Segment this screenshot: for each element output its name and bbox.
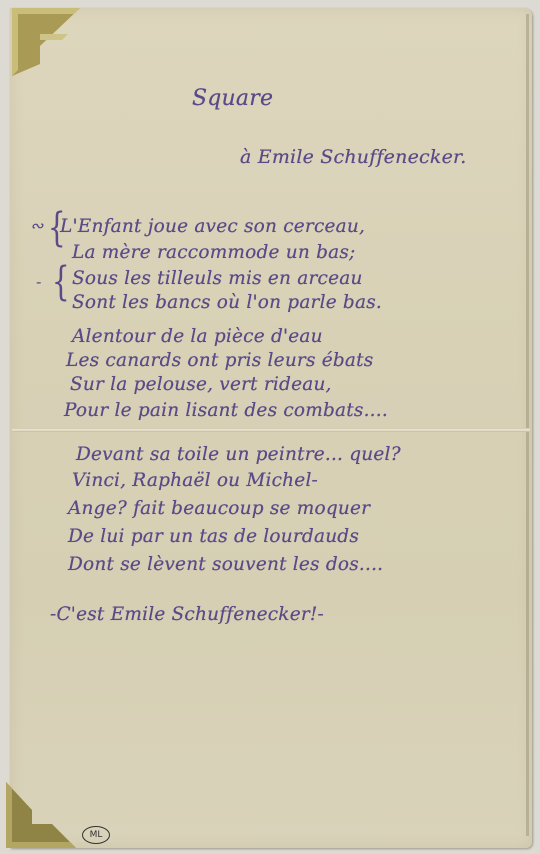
brass-photo-corner-top-left-icon (10, 6, 82, 78)
margin-mark: ∾ (30, 216, 43, 235)
poem-line: Pour le pain lisant des combats.... (64, 400, 388, 421)
closing-line: -C'est Emile Schuffenecker!- (50, 604, 324, 625)
poem-line: Devant sa toile un peintre... quel? (76, 444, 401, 465)
poem-line: Alentour de la pièce d'eau (72, 326, 323, 347)
brace-mark: { (52, 262, 70, 302)
brass-photo-corner-bottom-left-icon (4, 780, 76, 850)
poem-line: Vinci, Raphaël ou Michel- (72, 470, 318, 491)
poem-line: Les canards ont pris leurs ébats (66, 350, 374, 371)
poem-line: La mère raccommode un bas; (72, 242, 356, 263)
poem-line: Dont se lèvent souvent les dos.... (68, 554, 383, 575)
poem-dedication: à Emile Schuffenecker. (240, 146, 466, 168)
collection-stamp: ML (82, 826, 110, 844)
poem-line: Sur la pelouse, vert rideau, (70, 374, 332, 395)
margin-dash-mark: - (36, 272, 41, 291)
poem-line: De lui par un tas de lourdauds (68, 526, 359, 547)
poem-line: L'Enfant joue avec son cerceau, (60, 216, 365, 237)
paper-fold-crease (12, 428, 530, 432)
poem-line: Sous les tilleuls mis en arceau (72, 268, 363, 289)
poem-title: Square (192, 86, 273, 111)
poem-line: Ange? fait beaucoup se moquer (68, 498, 370, 519)
poem-line: Sont les bancs où l'on parle bas. (72, 292, 382, 313)
